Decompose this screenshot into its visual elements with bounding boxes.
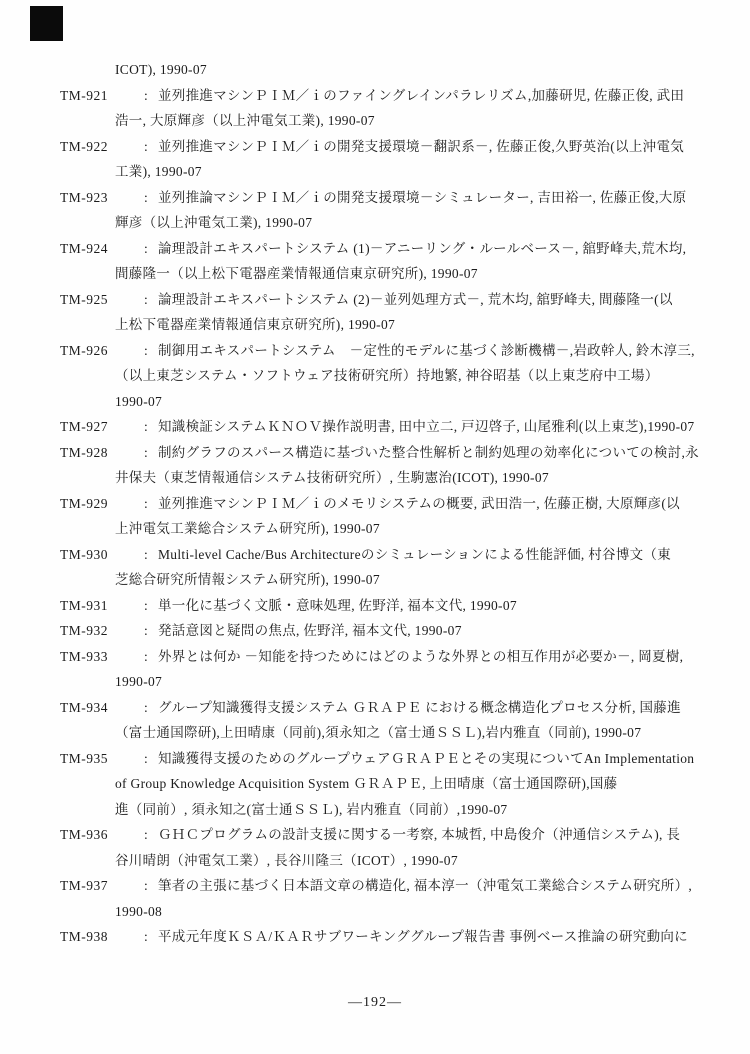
entry-id: TM-938 [60, 924, 108, 950]
entry-line: 並列推進マシンＰＩＭ／ｉのファイングレインパラレリズム,加藤研児, 佐藤正俊, … [158, 88, 684, 103]
entry-separator: : [144, 83, 148, 109]
entry-line: 外界とは何か －知能を持つためにはどのような外界との相互作用が必要か－, 岡夏樹… [158, 649, 683, 664]
entry-row: TM-921 : 並列推進マシンＰＩＭ／ｉのファイングレインパラレリズム,加藤研… [60, 83, 710, 134]
entry-separator: : [144, 414, 148, 440]
entry-separator: : [144, 618, 148, 644]
entry-id: TM-925 [60, 287, 108, 313]
entry-line: 単一化に基づく文脈・意味処理, 佐野洋, 福本文代, 1990-07 [158, 598, 517, 613]
entry-id: TM-922 [60, 134, 108, 160]
entry-row: TM-931 : 単一化に基づく文脈・意味処理, 佐野洋, 福本文代, 1990… [60, 593, 710, 619]
entry-id: TM-933 [60, 644, 108, 670]
entry-line: 上沖電気工業総合システム研究所), 1990-07 [60, 516, 710, 542]
entry-line: 上松下電器産業情報通信東京研究所), 1990-07 [60, 312, 710, 338]
entry-line: 平成元年度ＫＳＡ/ＫＡＲサブワーキンググループ報告書 事例ベース推論の研究動向に [158, 929, 688, 944]
entry-separator: : [144, 924, 148, 950]
entry-line: 制御用エキスパートシステム －定性的モデルに基づく診断機構－,岩政幹人, 鈴木淳… [158, 343, 695, 358]
entry-line: 筆者の主張に基づく日本語文章の構造化, 福本淳一（沖電気工業総合システム研究所）… [158, 878, 692, 893]
entry-line: グループ知識獲得支援システム ＧＲＡＰＥ における概念構造化プロセス分析, 国藤… [158, 700, 681, 715]
entry-separator: : [144, 287, 148, 313]
document-page: ICOT), 1990-07 TM-921 : 並列推進マシンＰＩＭ／ｉのファイ… [0, 0, 750, 1054]
entry-line: 井保夫（東芝情報通信システム技術研究所）, 生駒憲治(ICOT), 1990-0… [60, 465, 710, 491]
entry-id: TM-929 [60, 491, 108, 517]
entry-row: TM-932 : 発話意図と疑問の焦点, 佐野洋, 福本文代, 1990-07 [60, 618, 710, 644]
entry-separator: : [144, 236, 148, 262]
memo-list: ICOT), 1990-07 TM-921 : 並列推進マシンＰＩＭ／ｉのファイ… [60, 57, 710, 950]
entry-separator: : [144, 695, 148, 721]
entry-separator: : [144, 134, 148, 160]
entry-line: ICOT), 1990-07 [60, 57, 710, 83]
entry-id: TM-926 [60, 338, 108, 364]
entry-line: 知識獲得支援のためのグループウェアＧＲＡＰＥとその実現についてAn Implem… [158, 751, 694, 766]
entry-id: TM-924 [60, 236, 108, 262]
entry-line: 並列推進マシンＰＩＭ／ｉの開発支援環境－翻訳系－, 佐藤正俊,久野英治(以上沖電… [158, 139, 684, 154]
entry-row: TM-928 : 制約グラフのスパース構造に基づいた整合性解析と制約処理の効率化… [60, 440, 710, 491]
entry-id: TM-931 [60, 593, 108, 619]
entry-separator: : [144, 644, 148, 670]
page-number: ―192― [0, 995, 750, 1011]
entry-line: 芝総合研究所情報システム研究所), 1990-07 [60, 567, 710, 593]
entry-line: 浩一, 大原輝彦（以上沖電気工業), 1990-07 [60, 108, 710, 134]
entry-separator: : [144, 491, 148, 517]
entry-separator: : [144, 338, 148, 364]
entry-row: TM-925 : 論理設計エキスパートシステム (2)－並列処理方式－, 荒木均… [60, 287, 710, 338]
entry-line: 並列推進マシンＰＩＭ／ｉのメモリシステムの概要, 武田浩一, 佐藤正樹, 大原輝… [158, 496, 680, 511]
entry-row: TM-934 : グループ知識獲得支援システム ＧＲＡＰＥ における概念構造化プ… [60, 695, 710, 746]
entry-row: TM-922 : 並列推進マシンＰＩＭ／ｉの開発支援環境－翻訳系－, 佐藤正俊,… [60, 134, 710, 185]
entry-line: （以上東芝システム・ソフトウェア技術研究所）持地繁, 神谷昭基（以上東芝府中工場… [60, 363, 710, 389]
entry-row: TM-936 : ＧＨＣプログラムの設計支援に関する一考察, 本城哲, 中島俊介… [60, 822, 710, 873]
entry-id: TM-937 [60, 873, 108, 899]
entry-id: TM-927 [60, 414, 108, 440]
entry-line: 並列推論マシンＰＩＭ／ｉの開発支援環境－シミュレーター, 吉田裕一, 佐藤正俊,… [158, 190, 686, 205]
entry-id: TM-936 [60, 822, 108, 848]
entry-separator: : [144, 542, 148, 568]
entry-row: TM-927 : 知識検証システムＫＮＯＶ操作説明書, 田中立二, 戸辺啓子, … [60, 414, 710, 440]
entry-line: 論理設計エキスパートシステム (2)－並列処理方式－, 荒木均, 舘野峰夫, 間… [158, 292, 673, 307]
entry-separator: : [144, 185, 148, 211]
entry-line: 谷川晴朗（沖電気工業）, 長谷川隆三（ICOT）, 1990-07 [60, 848, 710, 874]
entry-line: Multi-level Cache/Bus Architectureのシミュレー… [158, 547, 671, 562]
entry-id: TM-921 [60, 83, 108, 109]
entry-row: TM-937 : 筆者の主張に基づく日本語文章の構造化, 福本淳一（沖電気工業総… [60, 873, 710, 924]
entry-row: TM-929 : 並列推進マシンＰＩＭ／ｉのメモリシステムの概要, 武田浩一, … [60, 491, 710, 542]
entry-row: TM-930 : Multi-level Cache/Bus Architect… [60, 542, 710, 593]
entry-id: TM-930 [60, 542, 108, 568]
entry-line: 制約グラフのスパース構造に基づいた整合性解析と制約処理の効率化についての検討,永 [158, 445, 699, 460]
entry-row: TM-924 : 論理設計エキスパートシステム (1)－アニーリング・ルールベー… [60, 236, 710, 287]
entry-line: （富士通国際研),上田晴康（同前),須永知之（富士通ＳＳＬ),岩内雅直（同前),… [60, 720, 710, 746]
entry-row: TM-935 : 知識獲得支援のためのグループウェアＧＲＡＰＥとその実現について… [60, 746, 710, 823]
entry-separator: : [144, 822, 148, 848]
entry-line: 間藤隆一（以上松下電器産業情報通信東京研究所), 1990-07 [60, 261, 710, 287]
entry-line: 論理設計エキスパートシステム (1)－アニーリング・ルールベース－, 舘野峰夫,… [158, 241, 686, 256]
entry-separator: : [144, 593, 148, 619]
entry-line: 1990-07 [60, 389, 710, 415]
entry-row: TM-933 : 外界とは何か －知能を持つためにはどのような外界との相互作用が… [60, 644, 710, 695]
entry-line: 1990-07 [60, 669, 710, 695]
entry-line: of Group Knowledge Acquisition System ＧＲ… [60, 771, 710, 797]
entry-id: TM-928 [60, 440, 108, 466]
scan-artifact-mark [30, 6, 63, 41]
entry-separator: : [144, 440, 148, 466]
entry-line: 進（同前）, 須永知之(富士通ＳＳＬ), 岩内雅直（同前）,1990-07 [60, 797, 710, 823]
entry-id: TM-935 [60, 746, 108, 772]
entry-row: TM-923 : 並列推論マシンＰＩＭ／ｉの開発支援環境－シミュレーター, 吉田… [60, 185, 710, 236]
entry-separator: : [144, 746, 148, 772]
entry-line: 輝彦（以上沖電気工業), 1990-07 [60, 210, 710, 236]
entry-id: TM-923 [60, 185, 108, 211]
entry-id: TM-934 [60, 695, 108, 721]
entry-row: TM-938 : 平成元年度ＫＳＡ/ＫＡＲサブワーキンググループ報告書 事例ベー… [60, 924, 710, 950]
entry-row: TM-926 : 制御用エキスパートシステム －定性的モデルに基づく診断機構－,… [60, 338, 710, 415]
entry-line: ＧＨＣプログラムの設計支援に関する一考察, 本城哲, 中島俊介（沖通信システム)… [158, 827, 680, 842]
entry-line: 知識検証システムＫＮＯＶ操作説明書, 田中立二, 戸辺啓子, 山尾雅利(以上東芝… [158, 419, 694, 434]
entry-line: 1990-08 [60, 899, 710, 925]
entry-separator: : [144, 873, 148, 899]
entry-id: TM-932 [60, 618, 108, 644]
entry-line: 発話意図と疑問の焦点, 佐野洋, 福本文代, 1990-07 [158, 623, 462, 638]
entry-line: 工業), 1990-07 [60, 159, 710, 185]
